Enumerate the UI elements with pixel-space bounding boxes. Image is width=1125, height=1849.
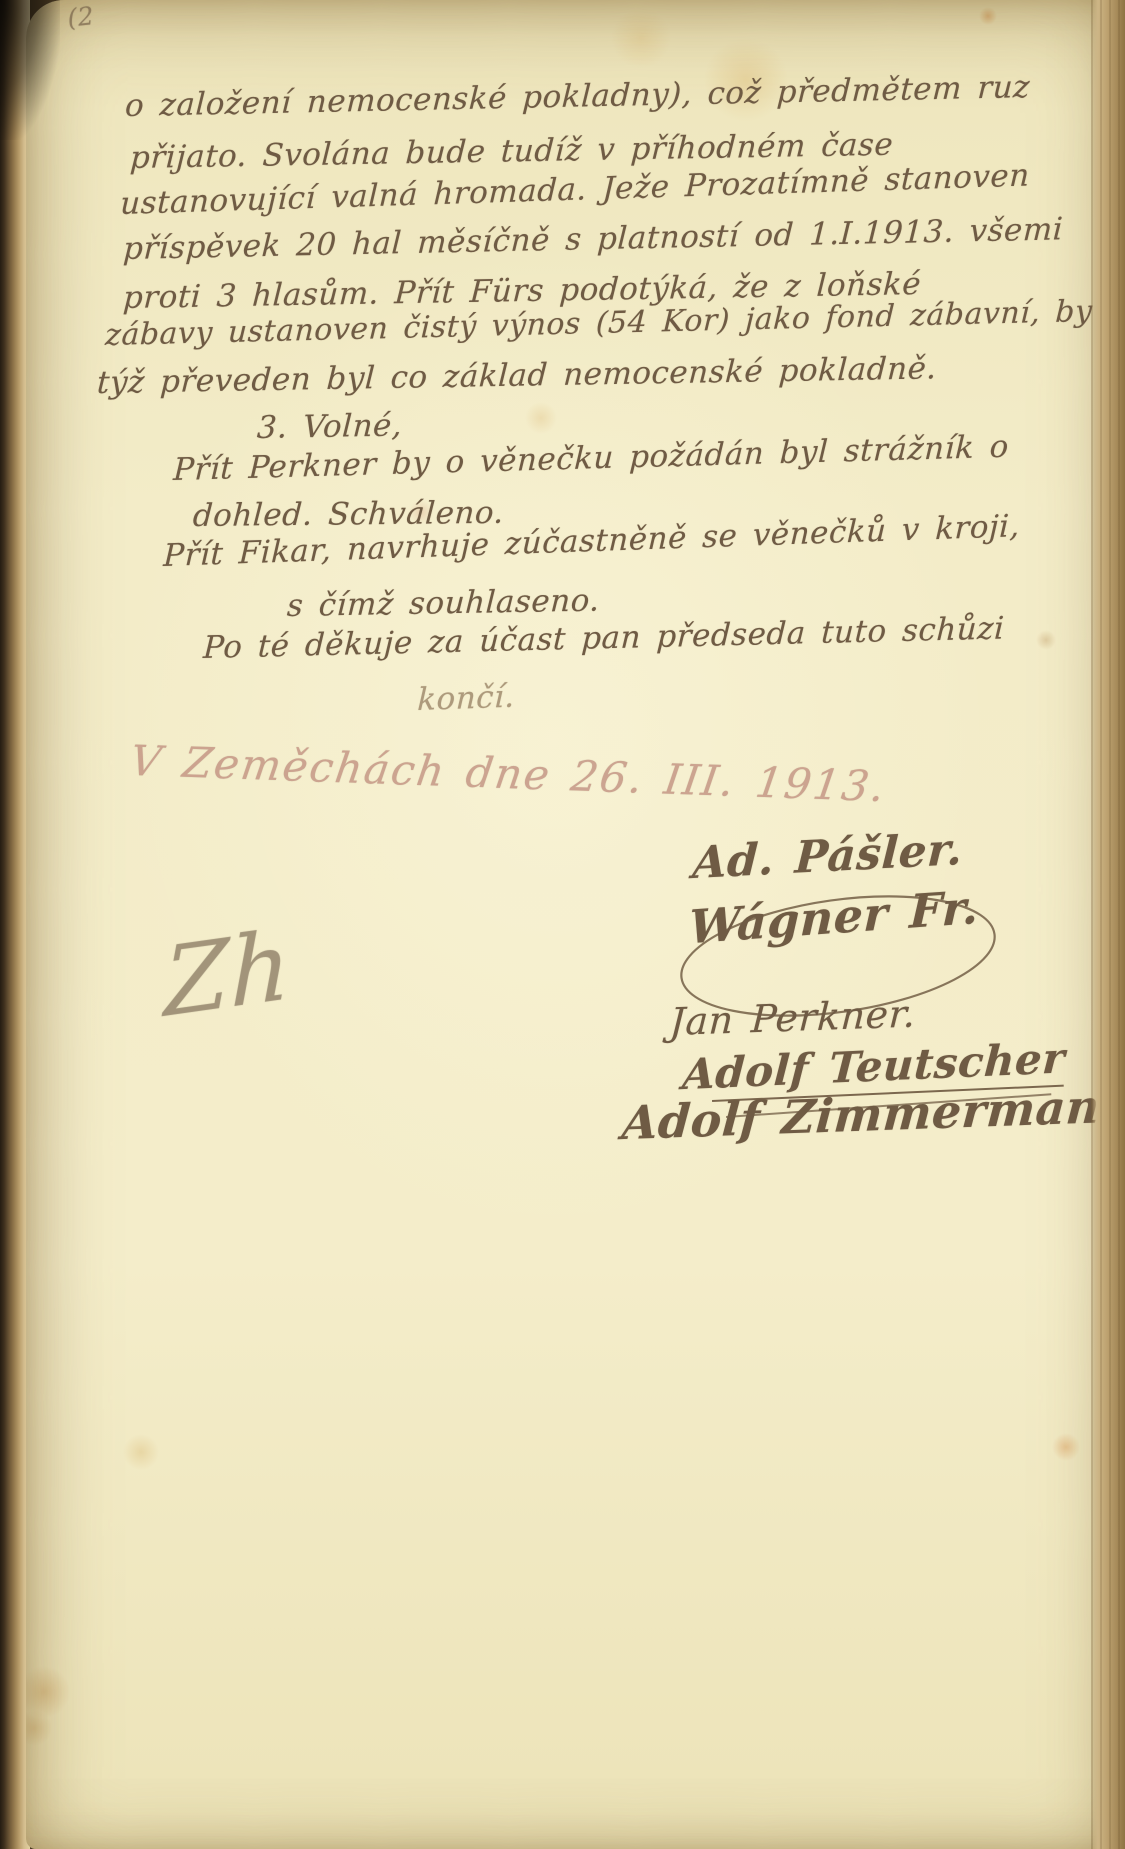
signature: Jan Perkner. — [669, 991, 917, 1044]
handwritten-line: s čímž souhlaseno. — [286, 583, 601, 624]
scanned-document-page: (2 o založení nemocenské pokladny), což … — [0, 0, 1125, 1849]
binding-corner-shadow — [0, 0, 60, 140]
pencil-page-mark: (2 — [66, 1, 96, 33]
handwritten-line: příspěvek 20 hal měsíčně s platností od … — [122, 211, 1064, 267]
handwritten-closing-word: končí. — [417, 679, 516, 718]
handwritten-line: týž převeden byl co základ nemocenské po… — [96, 350, 938, 401]
signature: Ad. Pášler. — [691, 824, 964, 889]
pencil-initials-mark: Zh — [164, 910, 291, 1039]
handwritten-line: o založení nemocenské pokladny), což pře… — [124, 69, 1031, 124]
page-stack-edge — [1091, 0, 1125, 1849]
handwritten-line-agenda-item: 3. Volné, — [256, 407, 403, 446]
dateline-place-and-date: V Zeměchách dne 26. III. 1913. — [127, 736, 889, 811]
paper-page: (2 o založení nemocenské pokladny), což … — [26, 0, 1125, 1849]
